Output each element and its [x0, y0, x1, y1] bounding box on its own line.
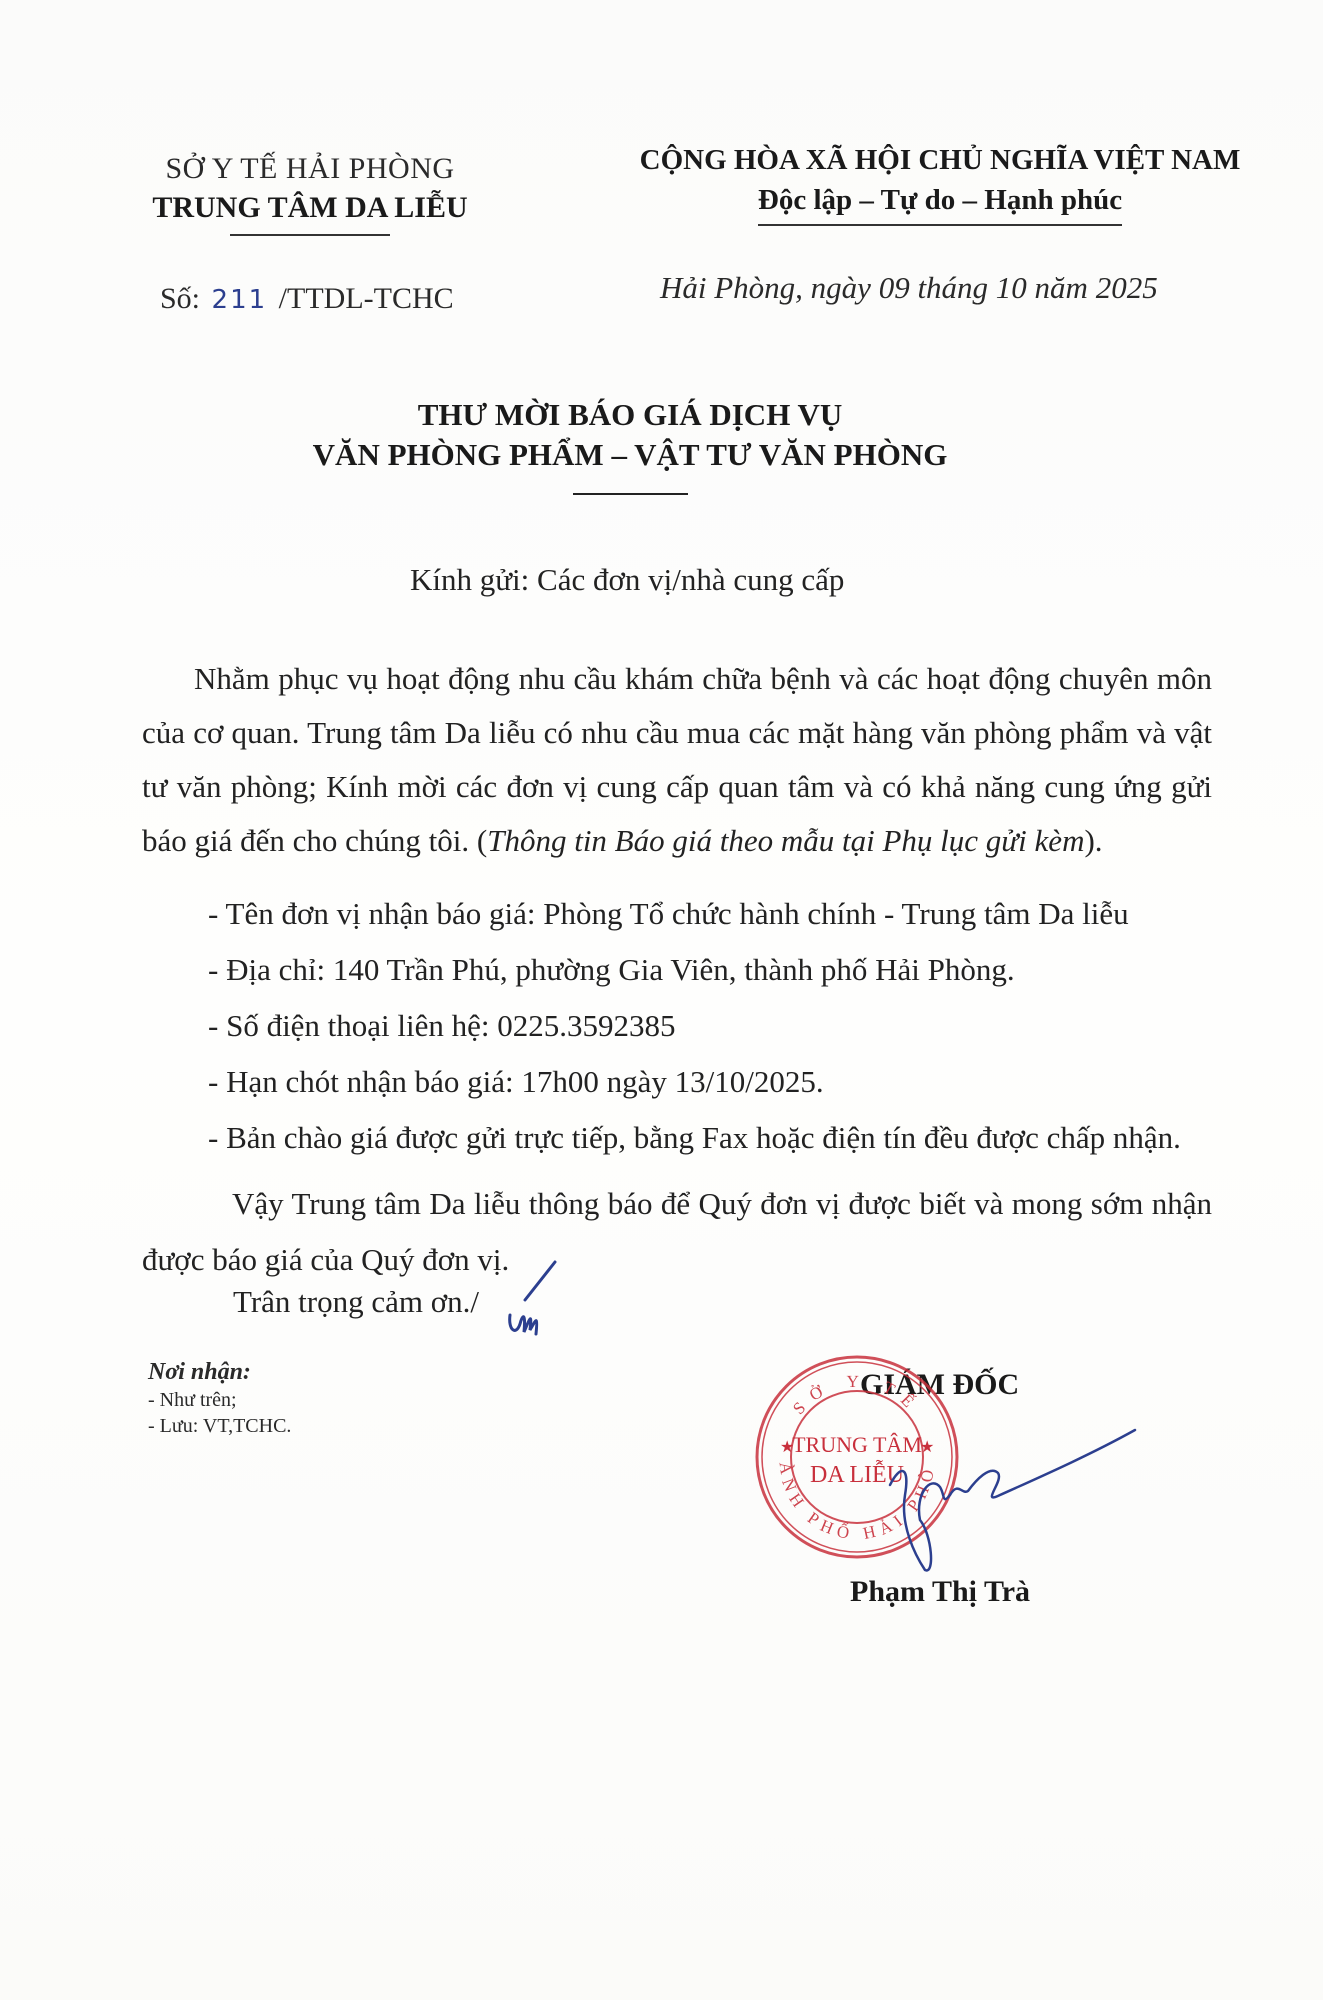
- title-line-1: THƯ MỜI BÁO GIÁ DỊCH VỤ: [250, 395, 1010, 435]
- doc-number-handwritten: 211: [212, 285, 268, 315]
- body-italic-note: Thông tin Báo giá theo mẫu tại Phụ lục g…: [487, 823, 1084, 858]
- doc-number-suffix: /TTDL-TCHC: [279, 282, 454, 315]
- place-date: Hải Phòng, ngày 09 tháng 10 năm 2025: [660, 270, 1158, 306]
- recipients-block: Nơi nhận: - Như trên; - Lưu: VT,TCHC.: [148, 1357, 291, 1439]
- nation-name: CỘNG HÒA XÃ HỘI CHỦ NGHĨA VIỆT NAM: [630, 140, 1250, 180]
- document-number: Số: 211 /TTDL-TCHC: [160, 282, 454, 316]
- item-deadline: - Hạn chót nhận báo giá: 17h00 ngày 13/1…: [208, 1064, 824, 1100]
- body-end: ).: [1084, 823, 1102, 858]
- signer-name: Phạm Thị Trà: [850, 1575, 1030, 1609]
- thanks-line: Trân trọng cảm ơn./: [233, 1284, 479, 1320]
- item-recipient-unit: - Tên đơn vị nhận báo giá: Phòng Tổ chức…: [208, 896, 1129, 932]
- recipient-line: - Lưu: VT,TCHC.: [148, 1413, 291, 1439]
- document-title: THƯ MỜI BÁO GIÁ DỊCH VỤ VĂN PHÒNG PHẨM –…: [250, 395, 1010, 495]
- item-phone: - Số điện thoại liên hệ: 0225.3592385: [208, 1008, 676, 1044]
- national-motto: Độc lập – Tự do – Hạnh phúc: [758, 180, 1122, 226]
- recipients-label: Nơi nhận:: [148, 1357, 291, 1387]
- body-paragraph: Nhằm phục vụ hoạt động nhu cầu khám chữa…: [142, 652, 1212, 868]
- recipient-line: - Như trên;: [148, 1387, 291, 1413]
- issuing-agency: SỞ Y TẾ HẢI PHÒNG TRUNG TÂM DA LIỄU: [120, 150, 500, 236]
- agency-underline: [230, 234, 390, 236]
- salutation: Kính gửi: Các đơn vị/nhà cung cấp: [410, 562, 844, 598]
- initial-mark-icon: [500, 1260, 560, 1340]
- agency-name: TRUNG TÂM DA LIỄU: [120, 188, 500, 228]
- closing-text: Vậy Trung tâm Da liễu thông báo để Quý đ…: [142, 1186, 1212, 1277]
- doc-number-prefix: Số:: [160, 282, 200, 315]
- national-header: CỘNG HÒA XÃ HỘI CHỦ NGHĨA VIỆT NAM Độc l…: [630, 140, 1250, 226]
- title-underline: [573, 493, 688, 495]
- item-submission-method: - Bản chào giá được gửi trực tiếp, bằng …: [208, 1120, 1181, 1156]
- item-address: - Địa chỉ: 140 Trần Phú, phường Gia Viên…: [208, 952, 1015, 988]
- title-line-2: VĂN PHÒNG PHẨM – VẬT TƯ VĂN PHÒNG: [250, 435, 1010, 475]
- document-page: SỞ Y TẾ HẢI PHÒNG TRUNG TÂM DA LIỄU Số: …: [0, 0, 1323, 2000]
- handwritten-signature-icon: [880, 1425, 1140, 1585]
- closing-paragraph: Vậy Trung tâm Da liễu thông báo để Quý đ…: [142, 1176, 1212, 1288]
- parent-agency: SỞ Y TẾ HẢI PHÒNG: [120, 150, 500, 188]
